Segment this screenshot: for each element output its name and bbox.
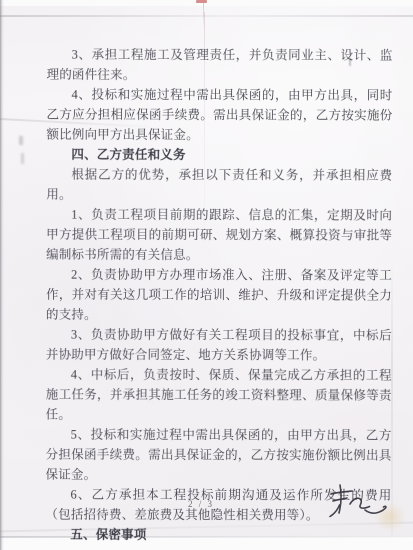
clause-paragraph: 3、承担工程施工及管理责任，并负责同业主、设计、监理的函件往来。 bbox=[47, 45, 393, 86]
section-heading: 四、乙方责任和义务 bbox=[46, 145, 392, 166]
clause-paragraph: 1、负责工程项目前期的跟踪、信息的汇集，定期及时向甲方提供工程项目的前期可研、规… bbox=[46, 205, 392, 266]
clause-paragraph: 4、中标后，负责按时、保质、保量完成乙方承担的工程施工任务，并承担其施工任务的竣… bbox=[46, 365, 392, 426]
clause-paragraph: 5、投标和实施过程中需出具保函的，由甲方出具，乙方分担保函手续费。需出具保证金的… bbox=[46, 425, 392, 486]
margin-smudge bbox=[21, 153, 24, 164]
red-registration-mark bbox=[196, 0, 207, 3]
page-number: 2 / 3 bbox=[188, 499, 214, 509]
handwritten-signature bbox=[326, 482, 390, 530]
clause-paragraph: 3、负责协助甲方做好有关工程项目的投标事宜，中标后并协助甲方做好合同签定、地方关… bbox=[46, 325, 392, 366]
paper-left-edge-shadow bbox=[0, 0, 4, 550]
clause-paragraph: 4、投标和实施过程中需出具保函的，由甲方出具，同时乙方应分担相应保函手续费。需出… bbox=[46, 85, 392, 146]
scanned-contract-page: 3、承担工程施工及管理责任，并负责同业主、设计、监理的函件往来。 4、投标和实施… bbox=[0, 0, 413, 550]
margin-smudge bbox=[19, 136, 23, 145]
contract-body: 3、承担工程施工及管理责任，并负责同业主、设计、监理的函件往来。 4、投标和实施… bbox=[45, 45, 392, 546]
clause-paragraph: 根据乙方的优势，承担以下责任和义务，并承担相应费用。 bbox=[46, 165, 392, 206]
clause-paragraph: 2、负责协助甲方办理市场准入、注册、备案及评定等工作，并对有关这几项工作的培训、… bbox=[46, 265, 392, 326]
paper-crease-horizontal bbox=[0, 15, 413, 17]
